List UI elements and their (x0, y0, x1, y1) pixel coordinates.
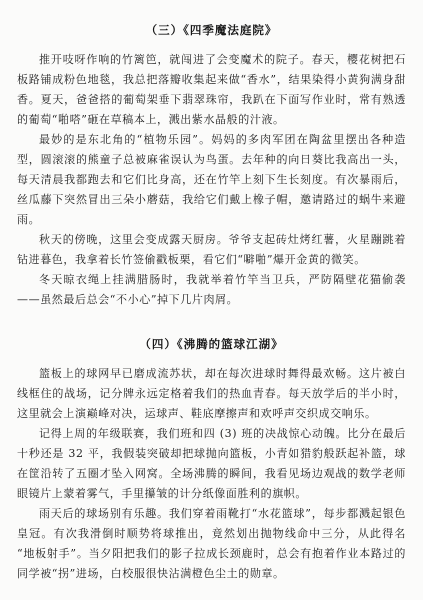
section-4-paragraph-3: 雨天后的球场别有乐趣。我们穿着雨靴打“水花篮球”，每步都溅起银色皇冠。有次我滑倒… (17, 504, 406, 584)
section-4-paragraph-2: 记得上周的年级联赛，我们班和四 (3) 班的决战惊心动魄。比分在最后十秒还是 3… (17, 424, 406, 504)
section-3-paragraph-2: 最妙的是东北角的“植物乐园”。妈妈的多肉军团在陶盆里摆出各种造型，圆滚滚的熊童子… (17, 130, 406, 230)
document-page: （三）《四季魔法庭院》 推开吱呀作响的竹篱笆，就闯进了会变魔术的院子。春天，樱花… (0, 0, 423, 600)
section-3-paragraph-4: 冬天晾衣绳上挂满腊肠时，我就举着竹竿当卫兵，严防隔壁花猫偷袭——虽然最后总会“不… (17, 270, 406, 310)
section-3-title: （三）《四季魔法庭院》 (17, 22, 406, 38)
section-4-title: （四）《沸腾的篮球江湖》 (17, 336, 406, 352)
section-3-paragraph-3: 秋天的傍晚，这里会变成露天厨房。爷爷支起砖灶烤红薯，火星蹦跳着钻进暮色，我拿着长… (17, 230, 406, 270)
section-3-paragraph-1: 推开吱呀作响的竹篱笆，就闯进了会变魔术的院子。春天，樱花树把石板路铺成粉色地毯，… (17, 50, 406, 130)
section-4-paragraph-1: 篮板上的球网早已磨成流苏状，却在每次进球时舞得最欢畅。这片被白线框住的战场，记分… (17, 364, 406, 424)
